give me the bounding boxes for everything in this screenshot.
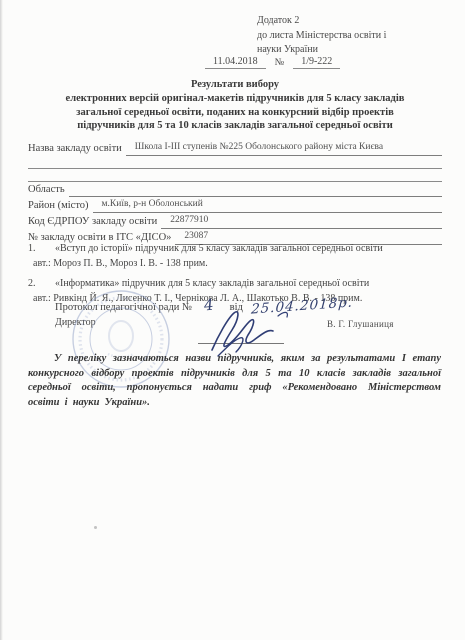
scanned-document-page: Додаток 2 до листа Міністерства освіти і… — [0, 0, 465, 640]
field-label: Область — [28, 183, 69, 197]
blank-ruled-line — [28, 170, 442, 182]
director-name: В. Г. Глушаниця — [327, 319, 394, 329]
field-label: Назва закладу освіти — [28, 142, 126, 156]
item-title: «Вступ до історії» підручник для 5 класу… — [55, 243, 440, 256]
field-label: Код ЄДРПОУ закладу освіти — [28, 215, 161, 229]
item-authors: авт.: Мороз П. В., Мороз І. В. - 138 при… — [33, 258, 440, 271]
number-sign: № — [275, 57, 285, 69]
signature-row: Директор — [0, 312, 465, 357]
blank-ruled-line — [28, 157, 442, 169]
scan-speck — [94, 526, 97, 529]
item-number: 2. — [28, 278, 55, 291]
reference-dateline: 11.04.2018 № 1/9-222 — [205, 56, 340, 69]
field-edrpou: Код ЄДРПОУ закладу освіти 22877910 — [28, 214, 442, 229]
document-reference-block: Додаток 2 до листа Міністерства освіти і… — [257, 14, 386, 58]
field-value: Школа І-ІІІ ступенів №225 Оболонського р… — [126, 141, 442, 156]
reference-line: до листа Міністерства освіти і — [257, 29, 386, 44]
field-value: 22877910 — [161, 214, 442, 229]
field-school-name: Назва закладу освіти Школа І-ІІІ ступені… — [28, 141, 442, 156]
document-number: 1/9-222 — [293, 56, 340, 69]
field-region: Область — [28, 183, 442, 197]
appendix-label: Додаток 2 — [257, 14, 386, 29]
title-line: підручників для 5 та 10 класів закладів … — [30, 119, 440, 133]
field-label: Район (місто) — [28, 199, 93, 213]
document-date: 11.04.2018 — [205, 56, 266, 69]
list-item: 1. «Вступ до історії» підручник для 5 кл… — [28, 243, 440, 270]
signature-ink — [196, 298, 306, 360]
form-fields: Назва закладу освіти Школа І-ІІІ ступені… — [28, 141, 442, 246]
document-title: Результати вибору електронних версій ори… — [30, 78, 440, 133]
director-label: Директор — [55, 317, 96, 328]
field-district: Район (місто) м.Київ, р-н Оболонський — [28, 198, 442, 213]
title-line: Результати вибору — [30, 78, 440, 92]
item-number: 1. — [28, 243, 55, 256]
field-value — [69, 195, 442, 197]
item-title: «Інформатика» підручник для 5 класу закл… — [55, 278, 440, 291]
field-value: м.Київ, р-н Оболонський — [93, 198, 442, 213]
title-line: загальної середньої освіти, поданих на к… — [30, 106, 440, 120]
closing-paragraph: У переліку зазначаються назви підручникі… — [28, 352, 441, 410]
title-line: електронних версій оригінал-макетів підр… — [30, 92, 440, 106]
